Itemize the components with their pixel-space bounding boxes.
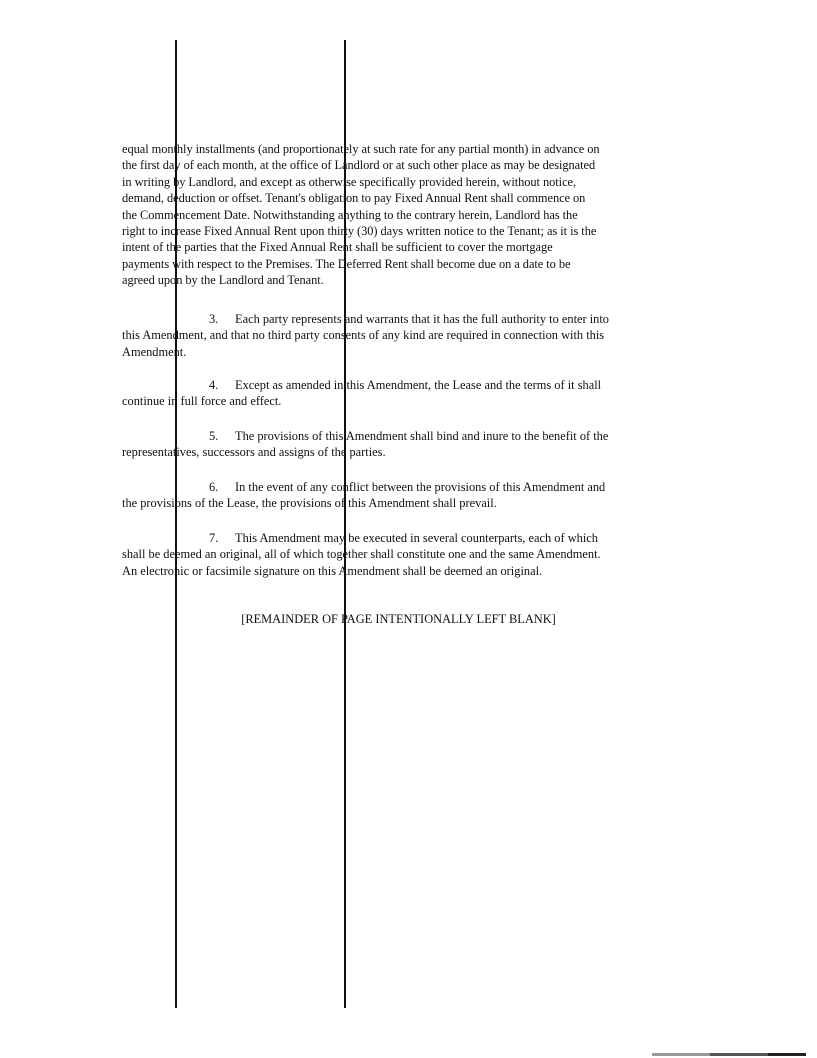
- text-line: agreed upon by the Landlord and Tenant.: [122, 272, 682, 288]
- section-6: 6.In the event of any conflict between t…: [122, 479, 682, 512]
- text-line: representatives, successors and assigns …: [122, 444, 682, 460]
- text-line: intent of the parties that the Fixed Ann…: [122, 239, 682, 255]
- text-line: shall be deemed an original, all of whic…: [122, 546, 682, 562]
- text-line: the first day of each month, at the offi…: [122, 157, 682, 173]
- scan-artifact-bar: [768, 1053, 806, 1056]
- section-7: 7.This Amendment may be executed in seve…: [122, 530, 682, 579]
- section-text: In the event of any conflict between the…: [235, 480, 605, 494]
- scan-artifact-bar: [710, 1053, 768, 1056]
- section-number: 7.: [209, 530, 235, 546]
- section-number: 4.: [209, 377, 235, 393]
- section-4: 4.Except as amended in this Amendment, t…: [122, 377, 682, 410]
- text-line: this Amendment, and that no third party …: [122, 327, 682, 343]
- text-line: right to increase Fixed Annual Rent upon…: [122, 223, 682, 239]
- section-3: 3.Each party represents and warrants tha…: [122, 311, 682, 360]
- section-5: 5.The provisions of this Amendment shall…: [122, 428, 682, 461]
- section-first-line: 7.This Amendment may be executed in seve…: [122, 530, 682, 546]
- text-line: Amendment.: [122, 344, 682, 360]
- text-line: payments with respect to the Premises. T…: [122, 256, 682, 272]
- section-number: 5.: [209, 428, 235, 444]
- section-text: This Amendment may be executed in severa…: [235, 531, 598, 545]
- section-number: 3.: [209, 311, 235, 327]
- text-line: An electronic or facsimile signature on …: [122, 563, 682, 579]
- text-line: in writing by Landlord, and except as ot…: [122, 174, 682, 190]
- text-line: continue in full force and effect.: [122, 393, 682, 409]
- text-line: the provisions of the Lease, the provisi…: [122, 495, 682, 511]
- section-first-line: 4.Except as amended in this Amendment, t…: [122, 377, 682, 393]
- section-text: The provisions of this Amendment shall b…: [235, 429, 608, 443]
- remainder-blank-note: [REMAINDER OF PAGE INTENTIONALLY LEFT BL…: [0, 612, 807, 627]
- text-line: demand, deduction or offset. Tenant's ob…: [122, 190, 682, 206]
- text-line: the Commencement Date. Notwithstanding a…: [122, 207, 682, 223]
- section-text: Except as amended in this Amendment, the…: [235, 378, 601, 392]
- section-first-line: 6.In the event of any conflict between t…: [122, 479, 682, 495]
- text-line: equal monthly installments (and proporti…: [122, 141, 682, 157]
- section-number: 6.: [209, 479, 235, 495]
- scan-artifact-bar: [652, 1053, 710, 1056]
- continuation-paragraph: equal monthly installments (and proporti…: [122, 141, 682, 289]
- section-first-line: 5.The provisions of this Amendment shall…: [122, 428, 682, 444]
- section-text: Each party represents and warrants that …: [235, 312, 609, 326]
- section-first-line: 3.Each party represents and warrants tha…: [122, 311, 682, 327]
